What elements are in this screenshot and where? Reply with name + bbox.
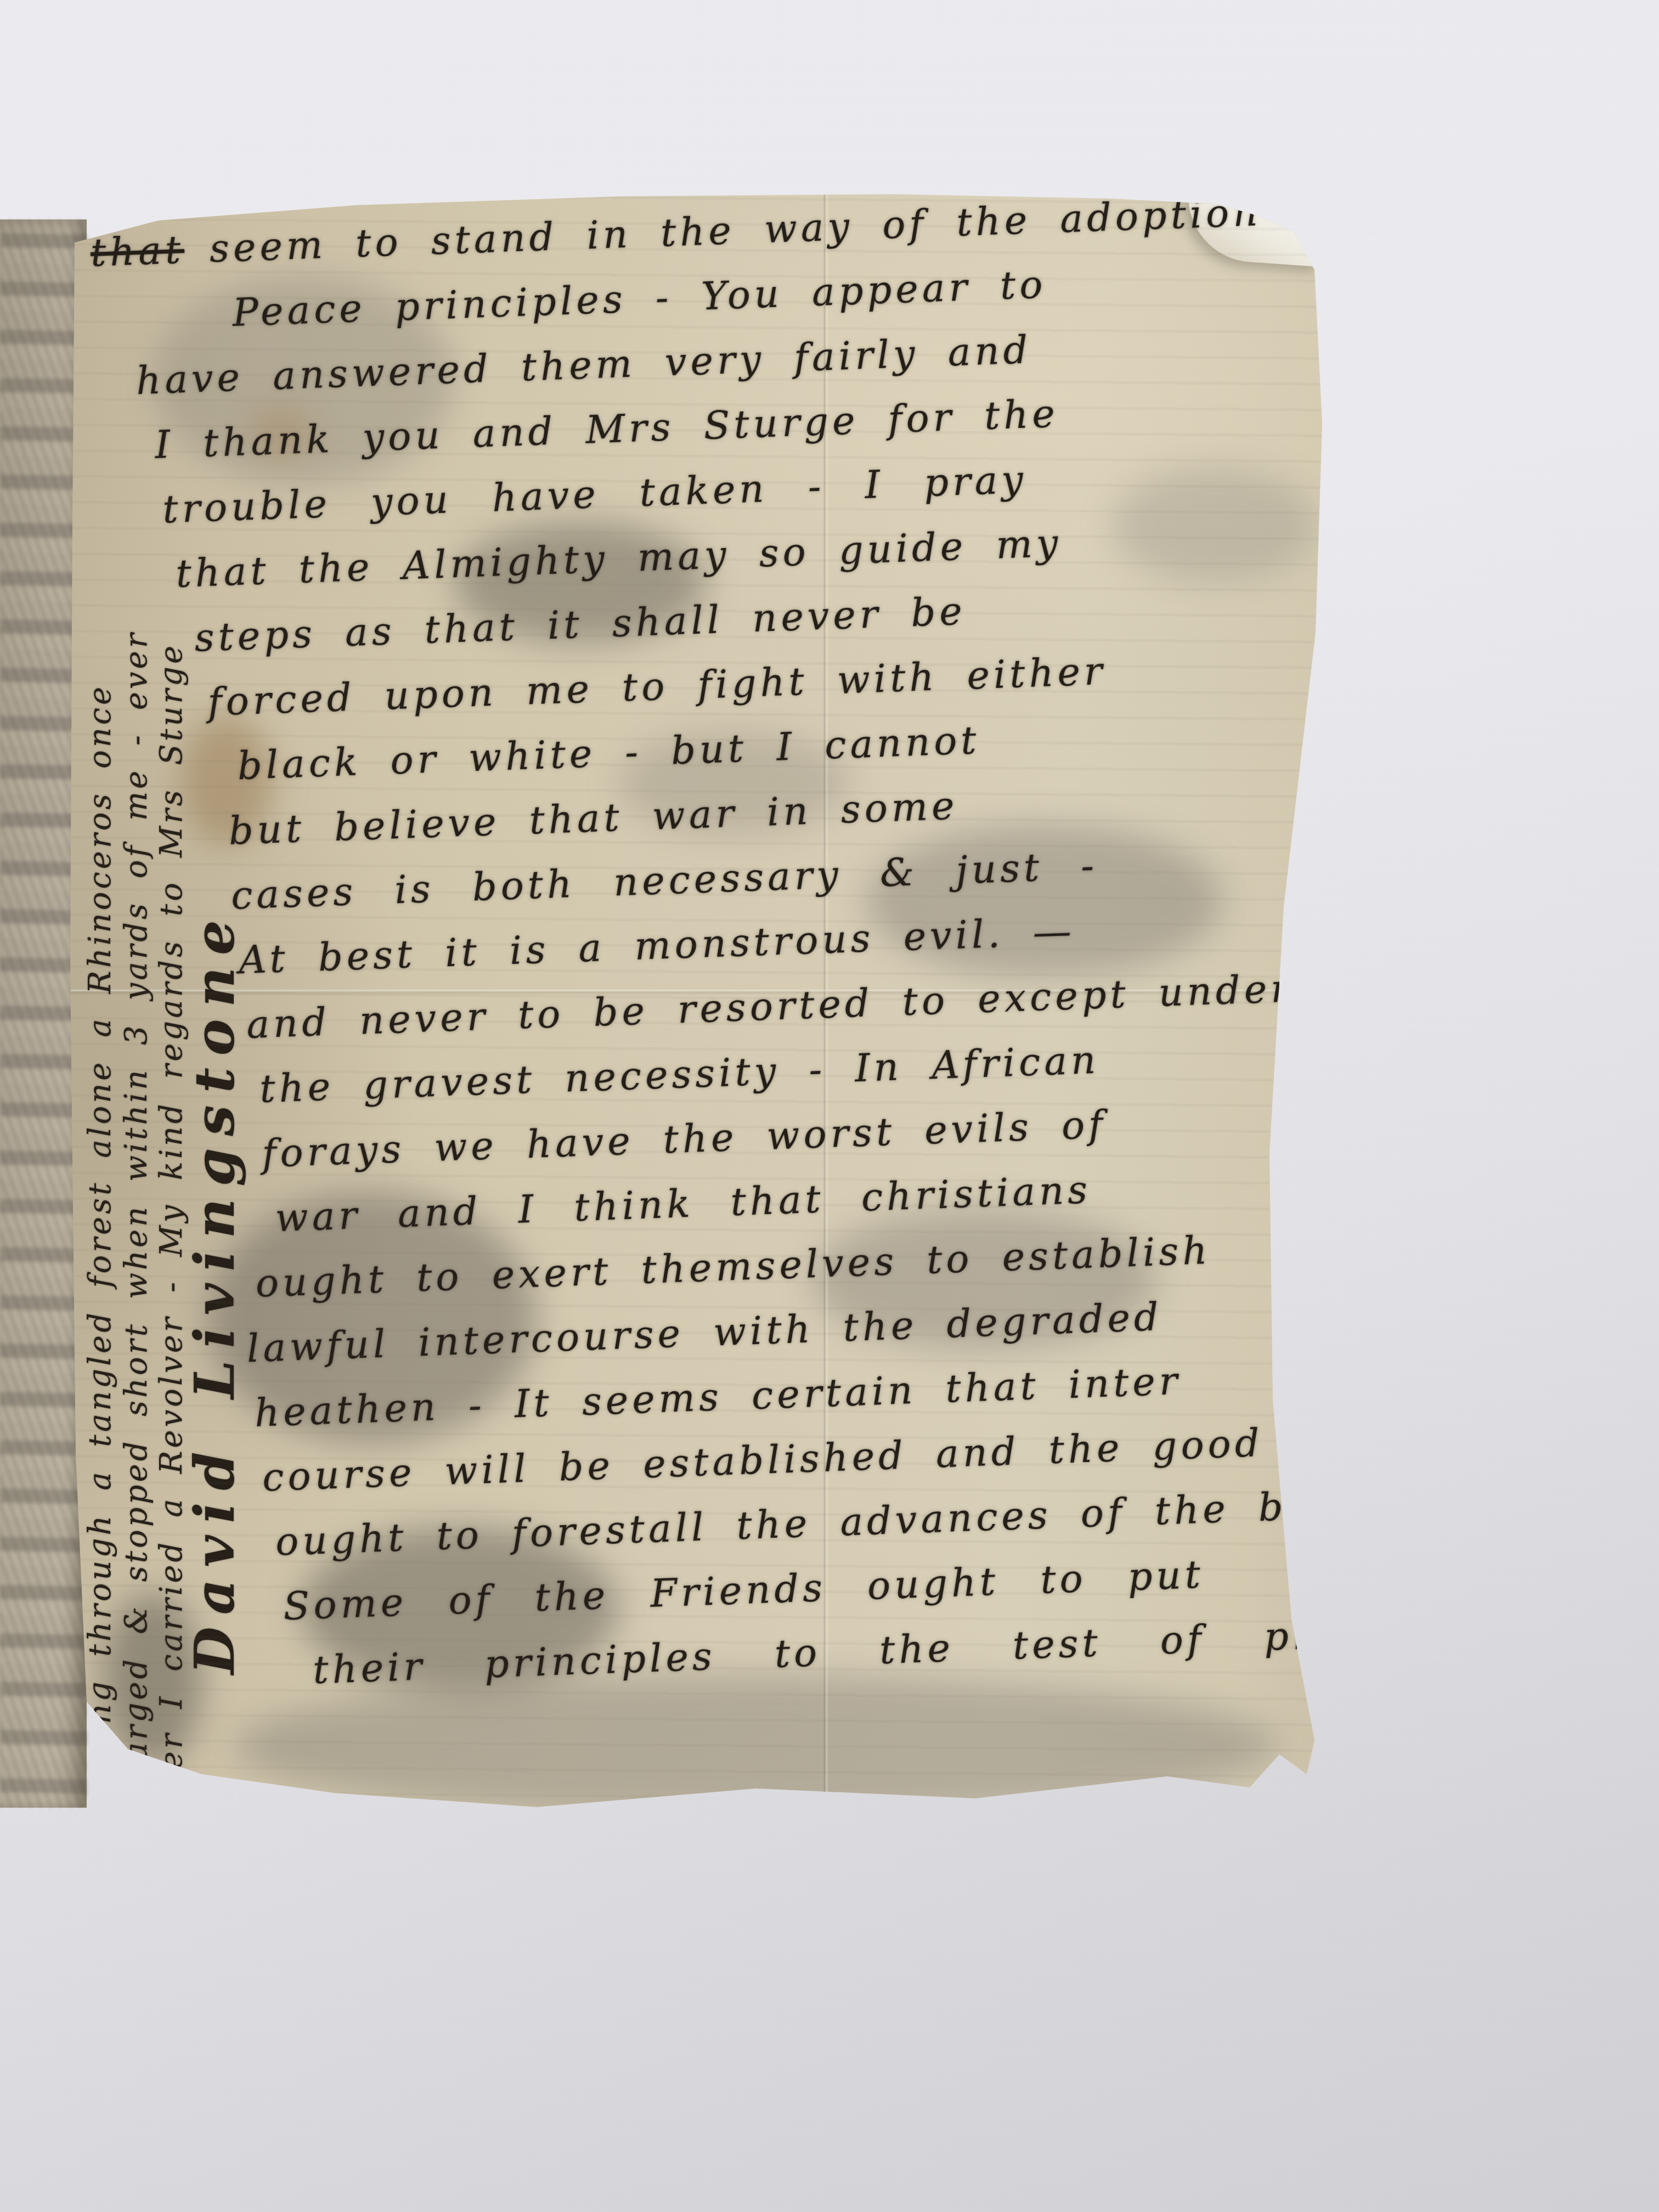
margin-note-line: charged & stopped short when within 3 ya… — [119, 631, 154, 1803]
margin-note-line: passing through a tangled forest alone a… — [82, 684, 118, 1817]
struck-word: that — [90, 227, 185, 275]
letter-body: thatseem to stand in the way of the adop… — [89, 174, 1455, 1708]
letter-page: thatseem to stand in the way of the adop… — [70, 193, 1343, 1844]
signature: David Livingstone — [182, 908, 247, 1674]
photo-surface: thatseem to stand in the way of the adop… — [0, 0, 1659, 2212]
